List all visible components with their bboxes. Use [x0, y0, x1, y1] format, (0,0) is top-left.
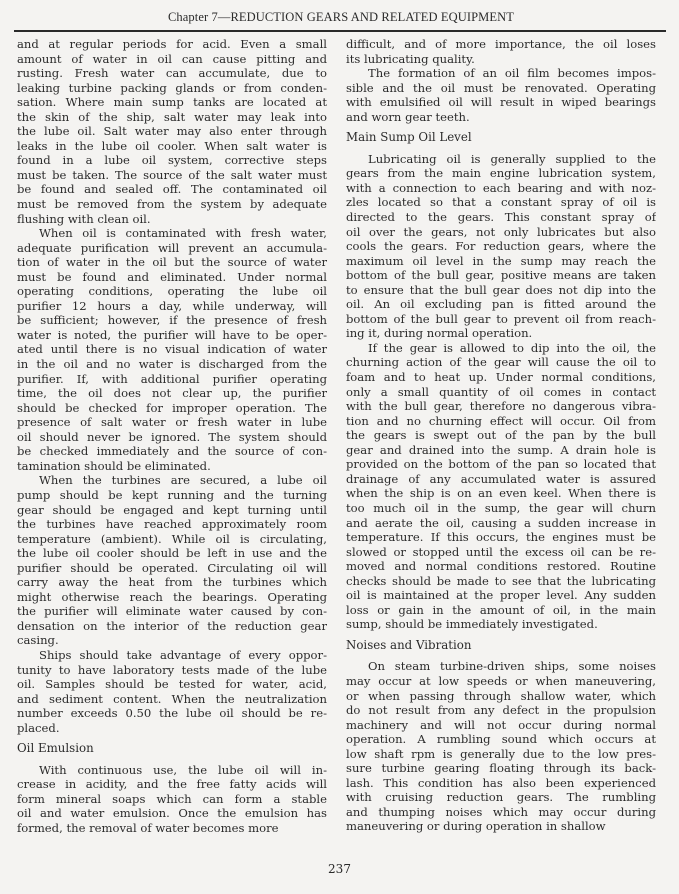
left-column: and at regular periods for acid. Even a … — [17, 37, 327, 836]
text-line: carry away the heat from the turbines wh… — [17, 575, 327, 590]
text-line: ated until there is no visual indication… — [17, 342, 327, 357]
text-line: moved and normal conditions restored. Ro… — [346, 559, 656, 574]
text-line: leaking turbine packing glands or from c… — [17, 81, 327, 96]
text-line: rusting. Fresh water can accumulate, due… — [17, 66, 327, 81]
text-line: cools the gears. For reduction gears, wh… — [346, 239, 656, 254]
text-line: temperature. If this occurs, the engines… — [346, 530, 656, 545]
text-line: to ensure that the bull gear does not di… — [346, 283, 656, 298]
text-line: adequate purification will prevent an ac… — [17, 241, 327, 256]
text-line: be found and sealed off. The contaminate… — [17, 182, 327, 197]
text-line: should be checked for improper operation… — [17, 401, 327, 416]
text-line: and worn gear teeth. — [346, 110, 656, 125]
text-line: must be taken. The source of the salt wa… — [17, 168, 327, 183]
text-line: must be found and eliminated. Under norm… — [17, 270, 327, 285]
text-line: checks should be made to see that the lu… — [346, 574, 656, 589]
text-line: found in a lube oil system, corrective s… — [17, 153, 327, 168]
text-line: with a connection to each bearing and wi… — [346, 181, 656, 196]
right-column: difficult, and of more importance, the o… — [346, 37, 656, 834]
text-line: Ships should take advantage of every opp… — [17, 648, 327, 663]
text-line: bottom of the bull gear, positive means … — [346, 268, 656, 283]
text-line: water is noted, the purifier will have t… — [17, 328, 327, 343]
section-heading: Oil Emulsion — [17, 741, 327, 756]
text-line: sation. Where main sump tanks are locate… — [17, 95, 327, 110]
text-line: lash. This condition has also been exper… — [346, 776, 656, 791]
text-line: With continuous use, the lube oil will i… — [17, 763, 327, 778]
paragraph: When oil is contaminated with fresh wate… — [17, 226, 327, 473]
text-line: oil over the gears, not only lubricates … — [346, 225, 656, 240]
text-line: drainage of any accumulated water is ass… — [346, 472, 656, 487]
text-line: the purifier will eliminate water caused… — [17, 604, 327, 619]
text-line: low shaft rpm is generally due to the lo… — [346, 747, 656, 762]
text-line: sure turbine gearing floating through it… — [346, 761, 656, 776]
text-line: tion of water in the oil but the source … — [17, 255, 327, 270]
text-line: must be removed from the system by adequ… — [17, 197, 327, 212]
text-line: difficult, and of more importance, the o… — [346, 37, 656, 52]
text-line: the lube oil. Salt water may also enter … — [17, 124, 327, 139]
text-line: gears from the main engine lubrication s… — [346, 166, 656, 181]
section-heading: Main Sump Oil Level — [346, 130, 656, 145]
text-line: placed. — [17, 721, 327, 736]
text-line: gear and drained into the sump. A drain … — [346, 443, 656, 458]
text-line: pump should be kept running and the turn… — [17, 488, 327, 503]
text-line: zles located so that a constant spray of… — [346, 195, 656, 210]
text-line: tamination should be eliminated. — [17, 459, 327, 474]
paragraph: difficult, and of more importance, the o… — [346, 37, 656, 66]
paragraph: Lubricating oil is generally supplied to… — [346, 152, 656, 341]
text-line: with emulsified oil will result in wiped… — [346, 95, 656, 110]
text-line: directed to the gears. This constant spr… — [346, 210, 656, 225]
text-line: slowed or stopped until the excess oil c… — [346, 545, 656, 560]
text-line: operation. A rumbling sound which occurs… — [346, 732, 656, 747]
text-line: too much oil in the sump, the gear will … — [346, 501, 656, 516]
text-line: oil and water emulsion. Once the emulsio… — [17, 806, 327, 821]
text-line: casing. — [17, 633, 327, 648]
text-line: the gears is swept out of the pan by the… — [346, 428, 656, 443]
text-line: or when passing through shallow water, w… — [346, 689, 656, 704]
text-line: be checked immediately and the source of… — [17, 444, 327, 459]
text-line: be sufficient; however, if the presence … — [17, 313, 327, 328]
text-line: sible and the oil must be renovated. Ope… — [346, 81, 656, 96]
paragraph: The formation of an oil film becomes imp… — [346, 66, 656, 124]
text-line: presence of salt water or fresh water in… — [17, 415, 327, 430]
text-line: and thumping noises which may occur duri… — [346, 805, 656, 820]
text-line: On steam turbine-driven ships, some nois… — [346, 659, 656, 674]
text-line: leaks in the lube oil cooler. When salt … — [17, 139, 327, 154]
text-line: operating conditions, operating the lube… — [17, 284, 327, 299]
text-line: when the ship is on an even keel. When t… — [346, 486, 656, 501]
text-line: gear should be engaged and kept turning … — [17, 503, 327, 518]
text-line: with cruising reduction gears. The rumbl… — [346, 790, 656, 805]
text-line: the turbines have reached approximately … — [17, 517, 327, 532]
header-rule — [14, 30, 666, 32]
text-line: in the oil and no water is discharged fr… — [17, 357, 327, 372]
text-line: provided on the bottom of the pan so loc… — [346, 457, 656, 472]
text-line: amount of water in oil can cause pitting… — [17, 52, 327, 67]
text-line: maximum oil level in the sump may reach … — [346, 254, 656, 269]
text-line: formed, the removal of water becomes mor… — [17, 821, 327, 836]
page-number: 237 — [0, 862, 679, 876]
text-line: and at regular periods for acid. Even a … — [17, 37, 327, 52]
text-line: bottom of the bull gear to prevent oil f… — [346, 312, 656, 327]
text-line: may occur at low speeds or when maneuver… — [346, 674, 656, 689]
text-line: foam and to heat up. Under normal condit… — [346, 370, 656, 385]
paragraph: Ships should take advantage of every opp… — [17, 648, 327, 735]
text-line: time, the oil does not clear up, the pur… — [17, 386, 327, 401]
text-line: oil is maintained at the proper level. A… — [346, 588, 656, 603]
text-line: might otherwise reach the bearings. Oper… — [17, 590, 327, 605]
text-line: the lube oil cooler should be left in us… — [17, 546, 327, 561]
text-line: oil. Samples should be tested for water,… — [17, 677, 327, 692]
text-line: churning action of the gear will cause t… — [346, 355, 656, 370]
text-line: sump, should be immediately investigated… — [346, 617, 656, 632]
text-line: crease in acidity, and the free fatty ac… — [17, 777, 327, 792]
text-line: oil should never be ignored. The system … — [17, 430, 327, 445]
text-line: machinery and will not occur during norm… — [346, 718, 656, 733]
text-line: If the gear is allowed to dip into the o… — [346, 341, 656, 356]
text-line: loss or gain in the amount of oil, in th… — [346, 603, 656, 618]
text-line: temperature (ambient). While oil is circ… — [17, 532, 327, 547]
text-line: The formation of an oil film becomes imp… — [346, 66, 656, 81]
text-line: Lubricating oil is generally supplied to… — [346, 152, 656, 167]
text-line: and aerate the oil, causing a sudden inc… — [346, 516, 656, 531]
text-line: form mineral soaps which can form a stab… — [17, 792, 327, 807]
text-line: and sediment content. When the neutraliz… — [17, 692, 327, 707]
text-line: its lubricating quality. — [346, 52, 656, 67]
running-header: Chapter 7—REDUCTION GEARS AND RELATED EQ… — [14, 10, 668, 25]
text-line: do not result from any defect in the pro… — [346, 703, 656, 718]
text-line: When oil is contaminated with fresh wate… — [17, 226, 327, 241]
text-line: purifier 12 hours a day, while underway,… — [17, 299, 327, 314]
text-line: number exceeds 0.50 the lube oil should … — [17, 706, 327, 721]
text-line: When the turbines are secured, a lube oi… — [17, 473, 327, 488]
text-line: tion and no churning effect will occur. … — [346, 414, 656, 429]
paragraph: If the gear is allowed to dip into the o… — [346, 341, 656, 632]
text-line: ing it, during normal operation. — [346, 326, 656, 341]
text-line: only a small quantity of oil comes in co… — [346, 385, 656, 400]
text-line: tunity to have laboratory tests made of … — [17, 663, 327, 678]
text-line: the skin of the ship, salt water may lea… — [17, 110, 327, 125]
paragraph: and at regular periods for acid. Even a … — [17, 37, 327, 226]
paragraph: With continuous use, the lube oil will i… — [17, 763, 327, 836]
text-line: densation on the interior of the reducti… — [17, 619, 327, 634]
text-line: purifier. If, with additional purifier o… — [17, 372, 327, 387]
text-line: oil. An oil excluding pan is fitted arou… — [346, 297, 656, 312]
section-heading: Noises and Vibration — [346, 638, 656, 653]
text-line: maneuvering or during operation in shall… — [346, 819, 656, 834]
text-line: purifier should be operated. Circulating… — [17, 561, 327, 576]
text-line: flushing with clean oil. — [17, 212, 327, 227]
paragraph: When the turbines are secured, a lube oi… — [17, 473, 327, 648]
paragraph: On steam turbine-driven ships, some nois… — [346, 659, 656, 834]
text-line: with the bull gear, therefore no dangero… — [346, 399, 656, 414]
